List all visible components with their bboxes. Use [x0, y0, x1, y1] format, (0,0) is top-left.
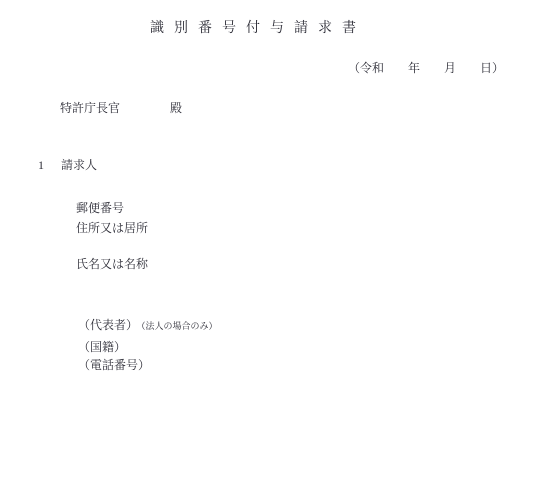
addressee-honorific: 殿	[170, 101, 182, 115]
addressee-line: 特許庁長官殿	[60, 101, 182, 116]
field-label-nationality: （国籍）	[78, 340, 126, 355]
field-label-phone: （電話番号）	[78, 358, 150, 373]
document-title: 識別番号付与請求書	[150, 20, 366, 38]
document-page: 識別番号付与請求書 （令和 年 月 日） 特許庁長官殿 1請求人 郵便番号 住所…	[0, 0, 552, 495]
section-number: 1	[38, 158, 44, 172]
date-line: （令和 年 月 日）	[348, 61, 504, 76]
addressee-name: 特許庁長官	[60, 101, 120, 115]
field-label-representative-line: （代表者）（法人の場合のみ）	[78, 318, 218, 333]
field-label-representative: （代表者）	[78, 318, 138, 332]
field-note-representative-corporations-only: （法人の場合のみ）	[141, 321, 218, 331]
section-heading: 1請求人	[38, 158, 97, 173]
field-label-postal-code: 郵便番号	[76, 201, 124, 216]
section-label: 請求人	[61, 158, 97, 172]
field-label-address: 住所又は居所	[76, 221, 148, 236]
field-label-name: 氏名又は名称	[76, 257, 148, 272]
